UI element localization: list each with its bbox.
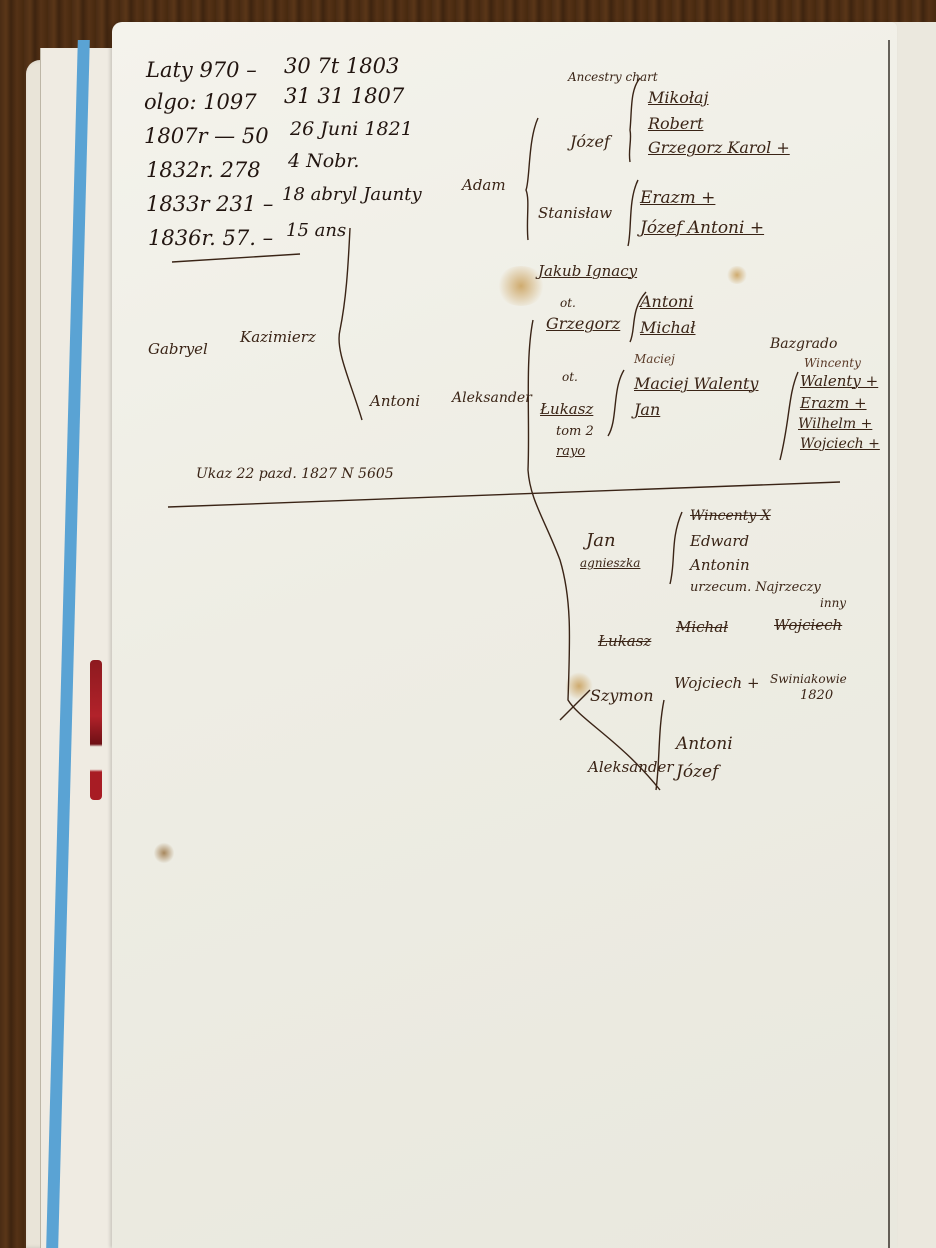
child-name: Antoni bbox=[676, 734, 733, 754]
name-kazimierz: Kazimierz bbox=[240, 328, 316, 346]
footer-note: Ukaz 22 pazd. 1827 N 5605 bbox=[196, 466, 394, 482]
name-jakub-ignacy: Jakub Ignacy bbox=[538, 262, 637, 280]
child-name: Erazm + bbox=[800, 394, 867, 412]
name-aleksander: Aleksander bbox=[452, 390, 532, 406]
lukasz-note: Maciej bbox=[634, 352, 675, 366]
child-name: Michał bbox=[640, 318, 696, 337]
ledger-row-right: 18 abryl Jaunty bbox=[282, 184, 422, 205]
child-name-struck: Michał bbox=[676, 618, 728, 636]
ledger-row-left: 1833r 231 – bbox=[146, 192, 273, 216]
child-name: Erazm + bbox=[640, 188, 715, 208]
child-name: Wojciech + bbox=[674, 674, 760, 692]
child-name: Grzegorz Karol + bbox=[648, 138, 790, 157]
name-stanislaw: Stanisław bbox=[538, 204, 612, 222]
child-name-struck: Wojciech bbox=[774, 616, 842, 634]
szymon-note: 1820 bbox=[800, 688, 833, 703]
szymon-note: Swiniakowie bbox=[770, 672, 847, 686]
name-szymon: Szymon bbox=[590, 686, 654, 705]
child-name: Jan bbox=[634, 400, 660, 419]
ledger-row-left: 1836r. 57. – bbox=[148, 226, 273, 250]
ledger-row-left: Laty 970 – bbox=[146, 58, 257, 82]
ledger-row-right: 31 31 1807 bbox=[284, 84, 404, 108]
child-name: Maciej Walenty bbox=[634, 374, 758, 393]
prefix-ot: ot. bbox=[562, 370, 578, 384]
name-lukasz: Łukasz bbox=[540, 400, 593, 418]
name-grzegorz: Grzegorz bbox=[546, 314, 620, 333]
child-name: Edward bbox=[690, 532, 749, 550]
child-name: inny bbox=[820, 596, 846, 610]
descendants-sub: Wincenty bbox=[804, 356, 861, 370]
name-gabryel: Gabryel bbox=[148, 340, 208, 358]
name-adam: Adam bbox=[462, 176, 506, 194]
lukasz-note: tom 2 bbox=[556, 424, 594, 439]
child-name: Józef Antoni + bbox=[640, 218, 764, 238]
child-name: Mikołaj bbox=[648, 88, 709, 107]
child-name: Wilhelm + bbox=[798, 416, 872, 432]
jan-note: agnieszka bbox=[580, 556, 640, 570]
child-name: Antoni bbox=[640, 292, 693, 311]
ledger-row-right: 15 ans bbox=[286, 220, 346, 241]
child-name-struck: Wincenty X bbox=[690, 508, 771, 524]
ledger-row-right: 4 Nobr. bbox=[288, 150, 359, 172]
child-name: Robert bbox=[648, 114, 703, 133]
lukasz-note: rayo bbox=[556, 444, 585, 459]
ledger-row-left: 1807r — 50 bbox=[144, 124, 269, 148]
name-lukasz-2: Łukasz bbox=[598, 632, 651, 650]
header-note: Ancestry chart bbox=[568, 70, 658, 84]
name-aleksander-2: Aleksander bbox=[588, 758, 674, 776]
name-jozef: Józef bbox=[570, 132, 610, 151]
name-jan: Jan bbox=[586, 530, 616, 551]
ledger-row-left: 1832r. 278 bbox=[146, 158, 261, 182]
name-antoni: Antoni bbox=[370, 392, 420, 410]
descendants-label: Bazgrado bbox=[770, 336, 837, 352]
child-name: Antonin bbox=[690, 556, 750, 574]
child-name: urzecum. Najrzeczy bbox=[690, 580, 821, 595]
child-name: Józef bbox=[676, 762, 718, 782]
ledger-row-left: olgo: 1097 bbox=[144, 90, 257, 114]
child-name: Walenty + bbox=[800, 372, 878, 390]
prefix-ot: ot. bbox=[560, 296, 576, 310]
ledger-row-right: 26 Juni 1821 bbox=[290, 118, 413, 140]
ledger-row-right: 30 7t 1803 bbox=[284, 54, 399, 78]
child-name: Wojciech + bbox=[800, 436, 880, 452]
